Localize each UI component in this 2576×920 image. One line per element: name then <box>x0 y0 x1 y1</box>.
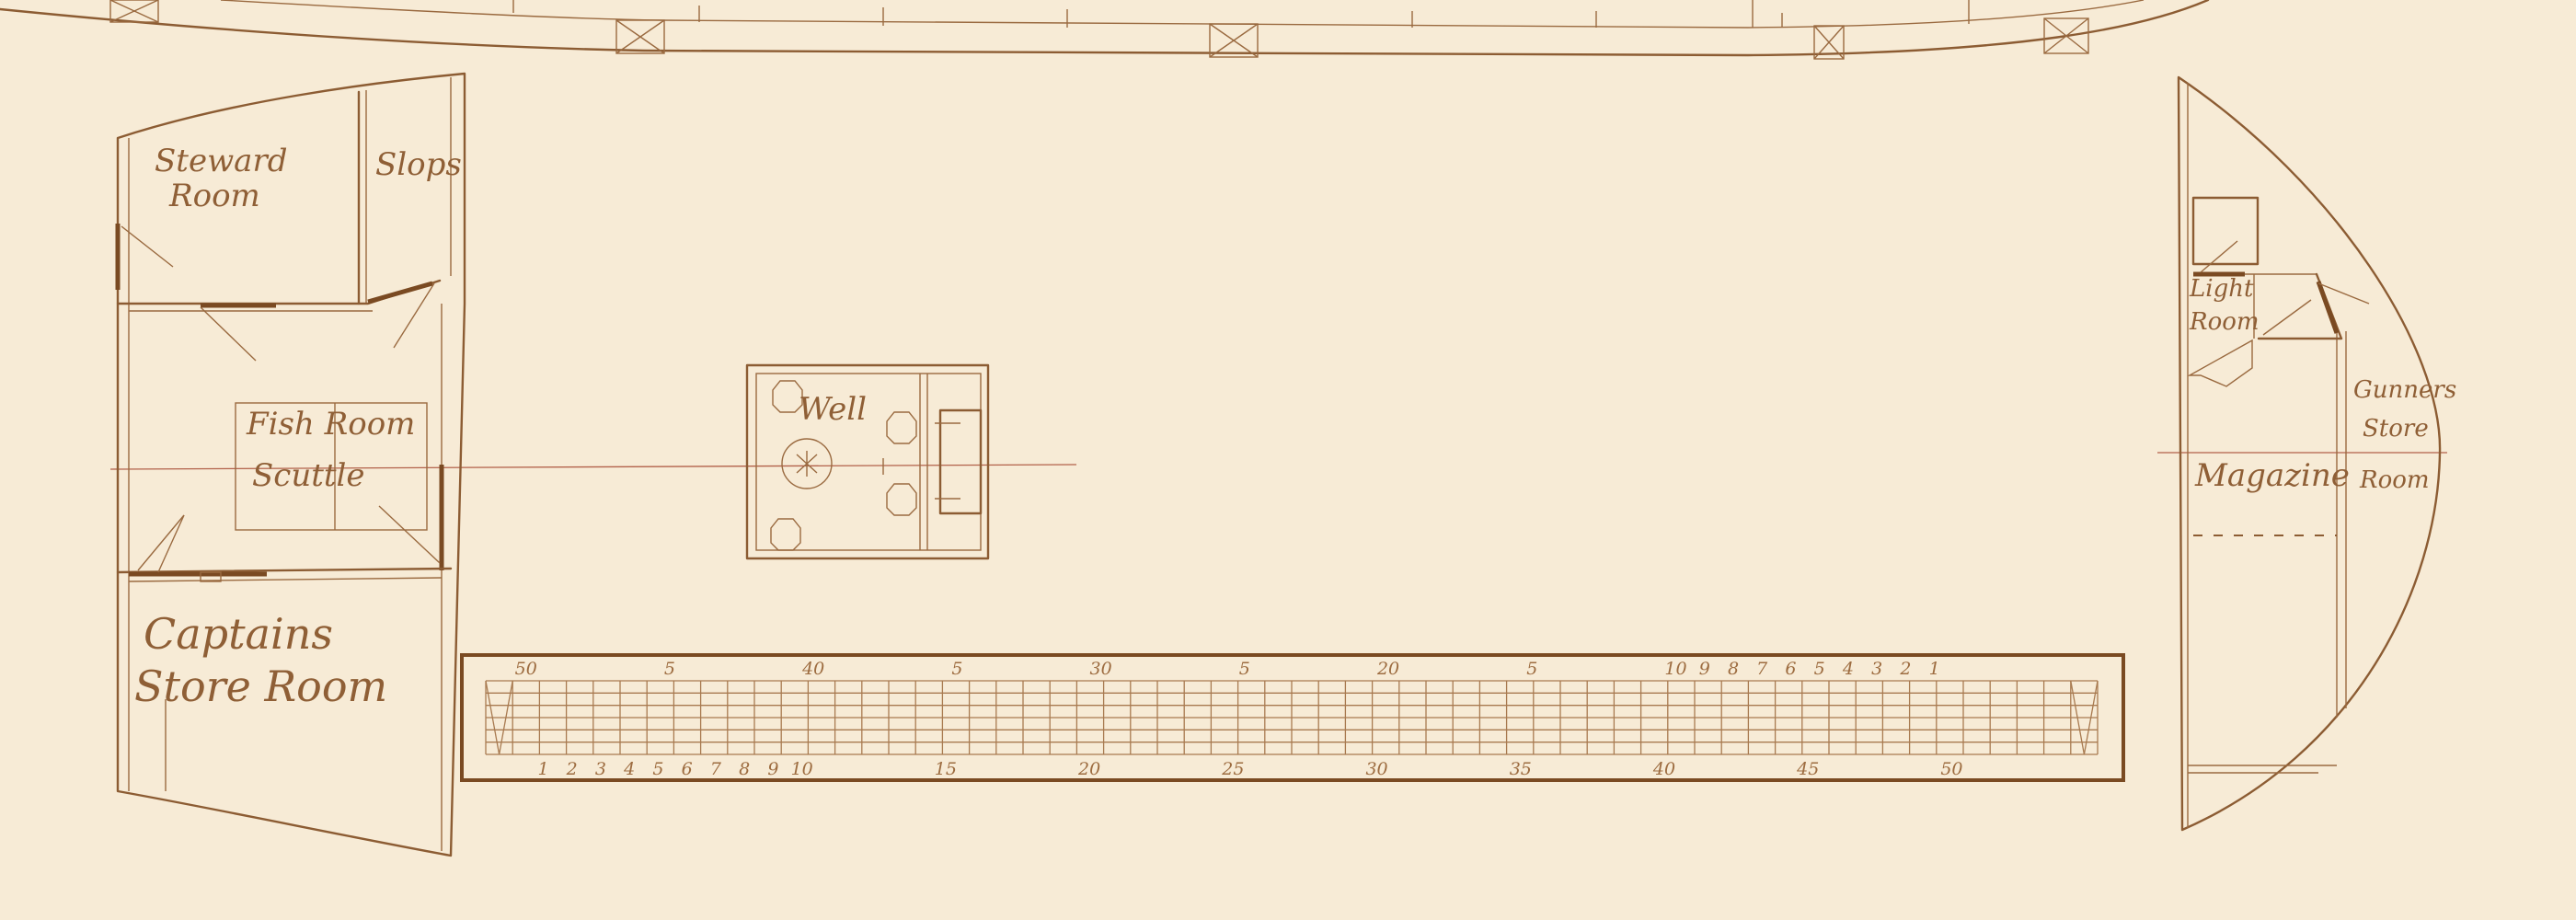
fish-room-label-line1: Fish Room <box>246 406 415 443</box>
scale-top-tick-label: 9 <box>1699 659 1710 679</box>
scale-top-tick-label: 4 <box>1842 659 1854 679</box>
scale-bottom-tick-label: 4 <box>623 759 635 779</box>
scale-top-tick-label: 10 <box>1664 659 1686 679</box>
scale-bottom-tick-label: 30 <box>1365 759 1387 779</box>
scale-top-tick-label: 5 <box>1239 659 1250 679</box>
captains-store-room-label-line2: Store Room <box>134 661 387 711</box>
scale-bottom-tick-label: 3 <box>595 759 606 779</box>
scale-bottom-tick-label: 5 <box>652 759 663 779</box>
gunners-store-label-line3: Room <box>2359 466 2430 494</box>
steward-room-label-line1: Steward <box>155 143 287 179</box>
scale-bottom-tick-label: 6 <box>682 759 693 779</box>
scale-top-tick-label: 1 <box>1929 659 1940 679</box>
scale-top-tick-label: 6 <box>1785 659 1796 679</box>
scale-top-tick-label: 20 <box>1376 659 1399 679</box>
magazine-label: Magazine <box>2194 457 2350 494</box>
scale-bottom-tick-label: 40 <box>1652 759 1675 779</box>
scale-bottom-tick-label: 10 <box>791 759 813 779</box>
gunners-store-label-line1: Gunners <box>2353 376 2456 404</box>
scale-bottom-tick-label: 15 <box>935 759 957 779</box>
scale-bottom-tick-label: 8 <box>739 759 750 779</box>
scale-bottom-tick-label: 25 <box>1221 759 1244 779</box>
light-room-label-line2: Room <box>2189 308 2260 336</box>
scale-bottom-tick-label: 20 <box>1077 759 1100 779</box>
scale-top-tick-label: 5 <box>664 659 675 679</box>
well-label: Well <box>799 391 867 428</box>
scale-top-tick-label: 3 <box>1871 659 1882 679</box>
scale-top-tick-label: 5 <box>1526 659 1537 679</box>
scale-top-tick-label: 8 <box>1728 659 1739 679</box>
gunners-store-label-line2: Store <box>2363 415 2429 443</box>
scale-bottom-tick-label: 35 <box>1510 759 1532 779</box>
scale-bottom-tick-label: 1 <box>537 759 548 779</box>
steward-room-label-line2: Room <box>168 178 260 214</box>
captains-store-room-label-line1: Captains <box>144 609 333 659</box>
ship-deck-plan: Steward Room Slops Fish Room Scuttle Cap… <box>0 0 2576 920</box>
scale-bottom-tick-label: 45 <box>1796 759 1819 779</box>
scale-grid <box>486 681 2098 754</box>
scale-bottom-tick-label: 9 <box>767 759 778 779</box>
scale-top-tick-label: 5 <box>951 659 962 679</box>
scale-top-tick-label: 50 <box>515 659 537 679</box>
scale-top-tick-label: 30 <box>1090 659 1112 679</box>
light-room-label-line1: Light <box>2189 275 2254 303</box>
scale-top-tick-label: 7 <box>1756 659 1768 679</box>
scale-bottom-tick-label: 50 <box>1940 759 1962 779</box>
slops-label: Slops <box>375 146 462 183</box>
scale-bottom-tick-label: 7 <box>710 759 722 779</box>
scale-top-tick-label: 40 <box>801 659 824 679</box>
fish-room-label-line2: Scuttle <box>252 457 365 494</box>
scale-top-tick-label: 5 <box>1814 659 1825 679</box>
scale-top-tick-label: 2 <box>1899 659 1911 679</box>
scale-bottom-tick-label: 2 <box>566 759 578 779</box>
